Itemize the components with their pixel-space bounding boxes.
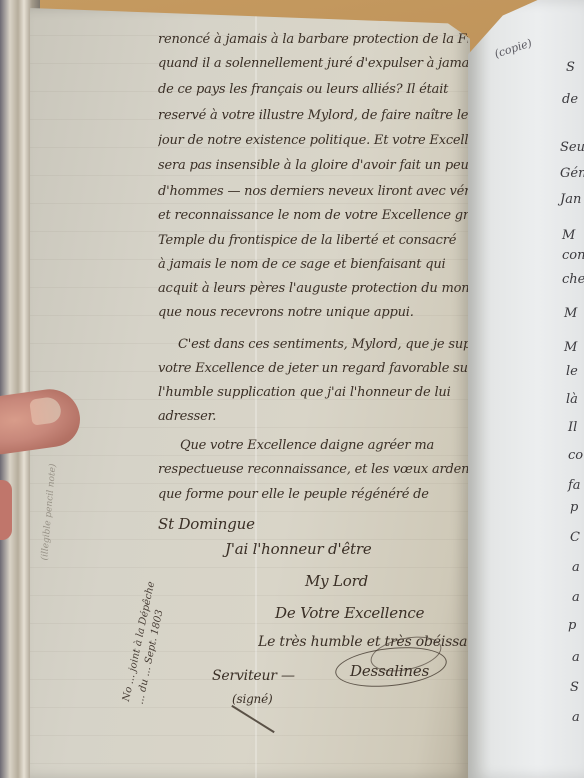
text-line: acquit à leurs pères l'auguste protectio… xyxy=(158,281,468,296)
right-text-fragment: C xyxy=(570,530,580,545)
text-line: de ce pays les français ou leurs alliés?… xyxy=(158,82,468,97)
right-text-fragment: a xyxy=(572,650,580,665)
right-text-fragment: p xyxy=(570,500,578,515)
text-line: respectueuse reconnaissance, et les vœux… xyxy=(158,462,468,477)
right-text-fragment: fa xyxy=(568,478,581,493)
right-text-fragment: là xyxy=(566,392,578,407)
right-text-fragment: S xyxy=(566,60,575,75)
right-text-fragment: con xyxy=(562,248,584,263)
right-text-fragment: Jan xyxy=(560,192,581,207)
text-line: et reconnaissance le nom de votre Excell… xyxy=(158,208,468,223)
right-text-fragment: Il xyxy=(568,420,577,435)
right-text-fragment: S xyxy=(570,680,579,695)
right-text-fragment: M xyxy=(564,306,577,321)
text-line: votre Excellence de jeter un regard favo… xyxy=(158,361,468,376)
text-line: reservé à votre illustre Mylord, de fair… xyxy=(158,108,468,123)
right-text-fragment: che xyxy=(562,272,584,287)
text-line: que forme pour elle le peuple régénéré d… xyxy=(158,487,468,502)
right-text-fragment: M xyxy=(562,228,575,243)
text-line: jour de notre existence politique. Et vo… xyxy=(158,133,468,148)
text-line: que nous recevrons notre unique appui. xyxy=(158,305,468,320)
fingernail xyxy=(29,396,62,426)
right-text-fragment: a xyxy=(572,590,580,605)
right-text-fragment: p xyxy=(568,618,576,633)
right-text-fragment: M xyxy=(564,340,577,355)
text-line: quand il a solennellement juré d'expulse… xyxy=(158,56,468,71)
closing-servant: Serviteur — xyxy=(212,668,295,684)
text-line: à jamais le nom de ce sage et bienfaisan… xyxy=(158,257,468,272)
closing-signed: (signé) xyxy=(232,692,272,706)
closing-line-1: J'ai l'honneur d'être xyxy=(225,540,372,558)
right-text-fragment: con xyxy=(568,448,584,463)
text-line: Temple du frontispice de la liberté et c… xyxy=(158,233,468,248)
text-line: sera pas insensible à la gloire d'avoir … xyxy=(158,158,468,173)
holding-thumb xyxy=(0,480,12,540)
closing-line-2: My Lord xyxy=(305,572,368,590)
closing-line-3: De Votre Excellence xyxy=(275,604,424,622)
text-line: C'est dans ces sentiments, Mylord, que j… xyxy=(178,337,468,352)
right-text-fragment: de xyxy=(562,92,578,107)
right-text-fragment: a xyxy=(572,710,580,725)
right-text-fragment: Seu xyxy=(560,140,584,155)
right-manuscript-page xyxy=(468,0,584,778)
text-line: d'hommes — nos derniers neveux liront av… xyxy=(158,184,468,199)
text-line: renoncé à jamais à la barbare protection… xyxy=(158,32,468,47)
text-line: Que votre Excellence daigne agréer ma xyxy=(180,438,468,453)
right-text-fragment: le xyxy=(566,364,578,379)
right-text-fragment: a xyxy=(572,560,580,575)
text-line: adresser. xyxy=(158,409,468,424)
right-text-fragment: Géné xyxy=(560,166,584,181)
text-line: l'humble supplication que j'ai l'honneur… xyxy=(158,385,468,400)
text-line: St Domingue xyxy=(158,515,468,533)
